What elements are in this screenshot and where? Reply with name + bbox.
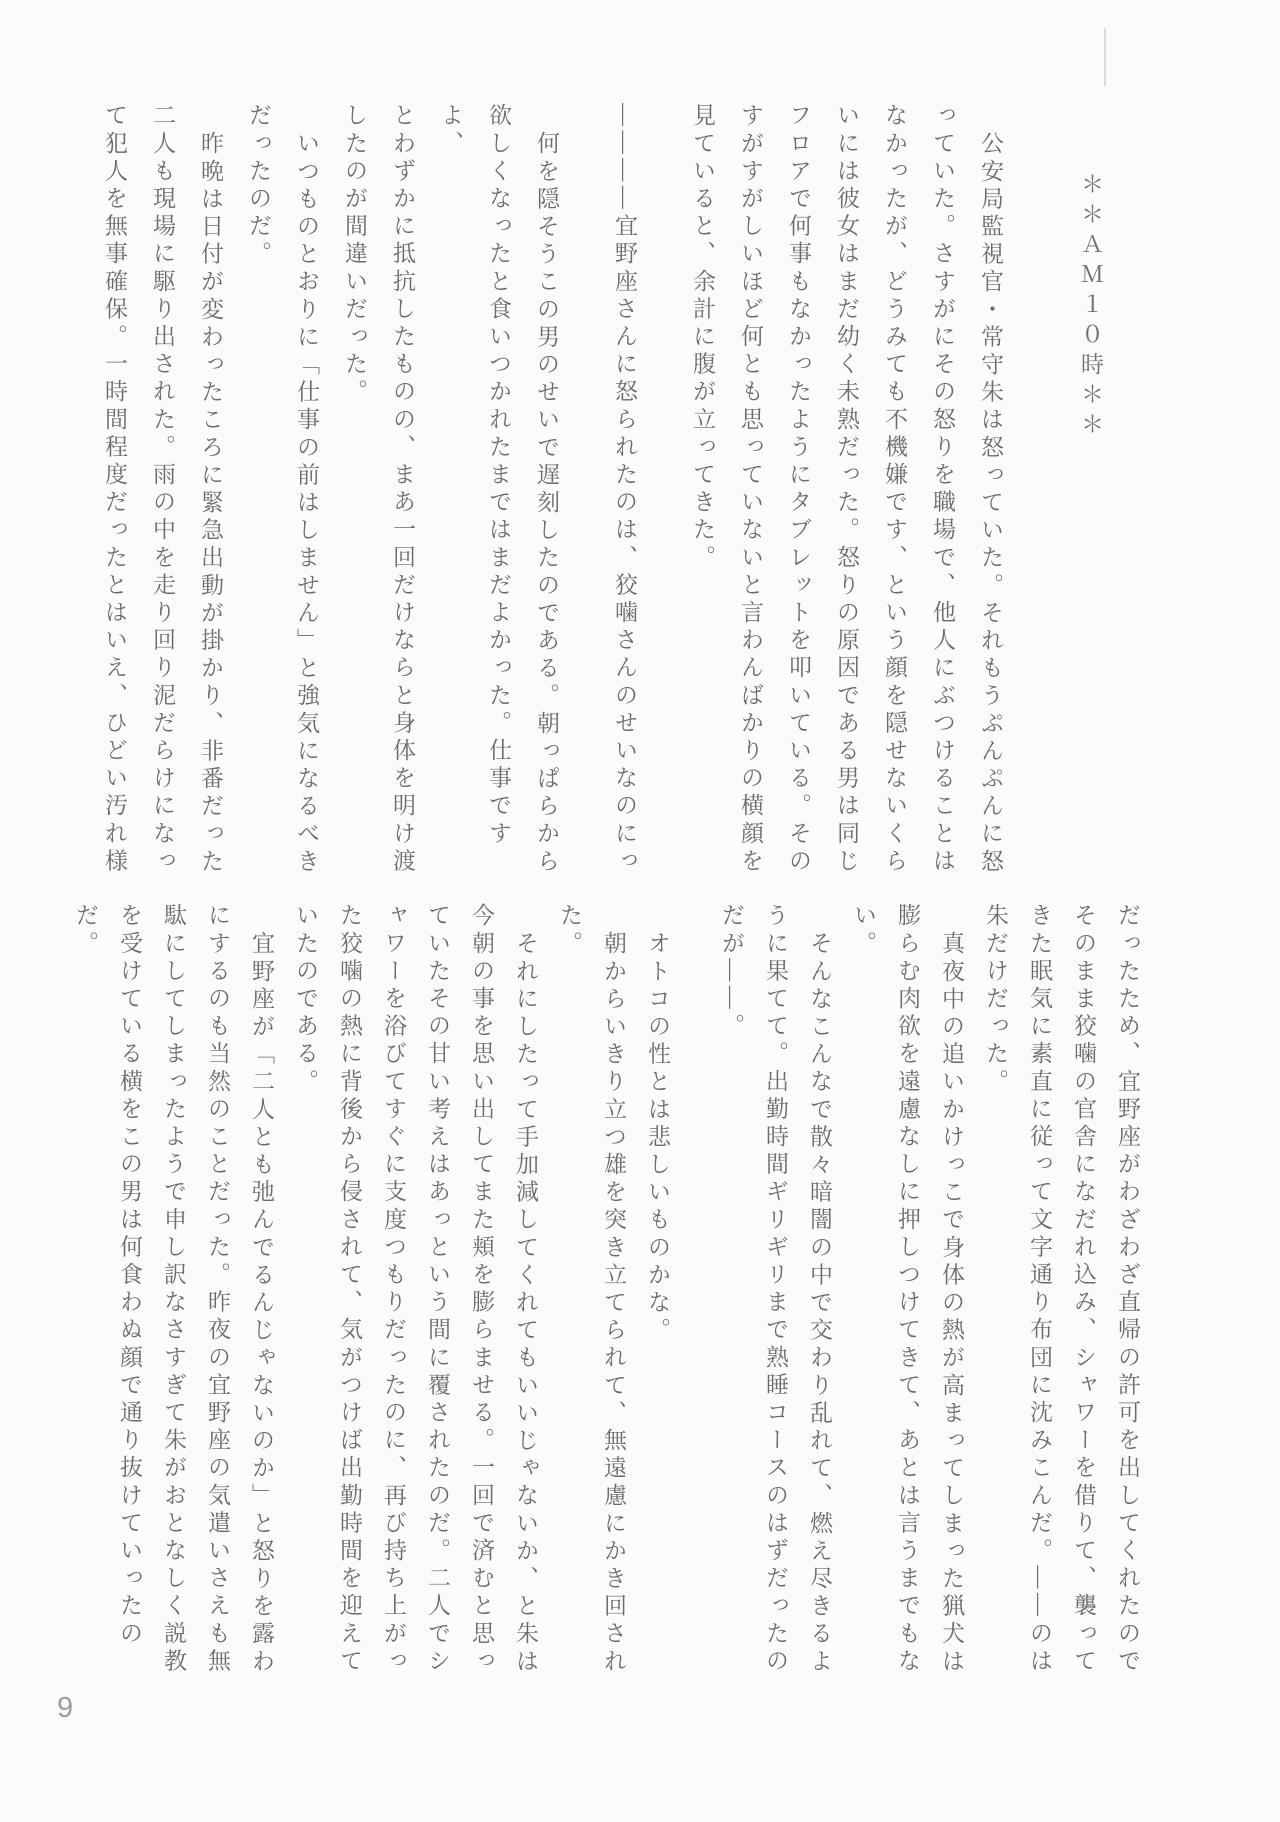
text-line: た狡噛の熱に背後から侵されて、気がつけば出勤時間を迎えて	[327, 903, 371, 1699]
text-line: いたのである。	[283, 903, 327, 1699]
text-line: ――――宜野座さんに怒られたのは、狡噛さんのせいなのにっ	[600, 103, 648, 893]
text-line: 何を隠そうこの男のせいで遅刻したのである。朝っぱらから	[522, 103, 570, 893]
text-line: だったのだ。	[234, 103, 282, 893]
section-time-header: ＊＊ＡＭ１０時＊＊	[1066, 103, 1114, 893]
scan-artifact-line	[1104, 28, 1106, 86]
page-number: 9	[57, 1692, 73, 1725]
top-text-block: ＊＊ＡＭ１０時＊＊公安局監視官・常守朱は怒っていた。それもうぷんぷんに怒っていた…	[90, 103, 1114, 893]
text-line: だったため、宜野座がわざわざ直帰の許可を出してくれたので	[1105, 903, 1149, 1699]
text-line: 二人も現場に駆り出された。雨の中を走り回り泥だらけになっ	[138, 103, 186, 893]
text-line: オトコの性とは悲しいものかな。	[635, 903, 679, 1699]
text-line: それにしたって手加減してくれてもいいじゃないか、と朱は	[503, 903, 547, 1699]
text-line: にするのも当然のことだった。昨夜の宜野座の気遣いさえも無	[195, 903, 239, 1699]
text-line: そんなこんなで散々暗闇の中で交わり乱れて、燃え尽きるよ	[797, 903, 841, 1699]
text-line: 昨晩は日付が変わったころに緊急出動が掛かり、非番だった	[186, 103, 234, 893]
text-line: 公安局監視官・常守朱は怒っていた。それもうぷんぷんに怒	[966, 103, 1014, 893]
text-line: 膨らむ肉欲を遠慮なしに押しつけてきて、あとは言うまでもな	[885, 903, 929, 1699]
text-line: 真夜中の追いかけっこで身体の熱が高まってしまった猟犬は	[929, 903, 973, 1699]
text-line: だが――。	[709, 903, 753, 1699]
text-line: た。	[547, 903, 591, 1699]
text-line: ていたその甘い考えはあっという間に覆されたのだ。二人でシ	[415, 903, 459, 1699]
text-line: 宜野座が「二人とも弛んでるんじゃないのか」と怒りを露わ	[239, 903, 283, 1699]
text-line: を受けている横をこの男は何食わぬ顔で通り抜けていったのだ。	[63, 903, 151, 1699]
text-line: フロアで何事もなかったようにタブレットを叩いている。その	[774, 103, 822, 893]
text-line: 朱だけだった。	[973, 903, 1017, 1699]
text-line: 見ていると、余計に腹が立ってきた。	[678, 103, 726, 893]
text-line: 朝からいきり立つ雄を突き立てられて、無遠慮にかき回され	[591, 903, 635, 1699]
text-line: 今朝の事を思い出してまた頬を膨らませる。一回で済むと思っ	[459, 903, 503, 1699]
bottom-text-block: だったため、宜野座がわざわざ直帰の許可を出してくれたのでそのまま狡噛の官舎になだ…	[63, 903, 1149, 1699]
text-line: すがすがしいほど何とも思っていないと言わんばかりの横顔を	[726, 103, 774, 893]
text-line: ャワーを浴びてすぐに支度つもりだったのに、再び持ち上がっ	[371, 903, 415, 1699]
text-line: うに果てて。出勤時間ギリギリまで熟睡コースのはずだったの	[753, 903, 797, 1699]
text-line: いには彼女はまだ幼く未熟だった。怒りの原因である男は同じ	[822, 103, 870, 893]
text-line: とわずかに抵抗したものの、まあ一回だけならと身体を明け渡	[378, 103, 426, 893]
text-line: したのが間違いだった。	[330, 103, 378, 893]
text-line: いつものとおりに「仕事の前はしません」と強気になるべき	[282, 103, 330, 893]
text-line: 欲しくなったと食いつかれたまではまだよかった。仕事ですよ、	[426, 103, 522, 893]
text-line: きた眠気に素直に従って文字通り布団に沈みこんだ。――のは	[1017, 903, 1061, 1699]
text-line: 駄にしてしまったようで申し訳なさすぎて朱がおとなしく説教	[151, 903, 195, 1699]
text-line: っていた。さすがにその怒りを職場で、他人にぶつけることは	[918, 103, 966, 893]
text-line: い。	[841, 903, 885, 1699]
text-line: そのまま狡噛の官舎になだれ込み、シャワーを借りて、襲って	[1061, 903, 1105, 1699]
text-line: なかったが、どうみても不機嫌です、という顔を隠せないくら	[870, 103, 918, 893]
text-line: て犯人を無事確保。一時間程度だったとはいえ、ひどい汚れ様	[90, 103, 138, 893]
